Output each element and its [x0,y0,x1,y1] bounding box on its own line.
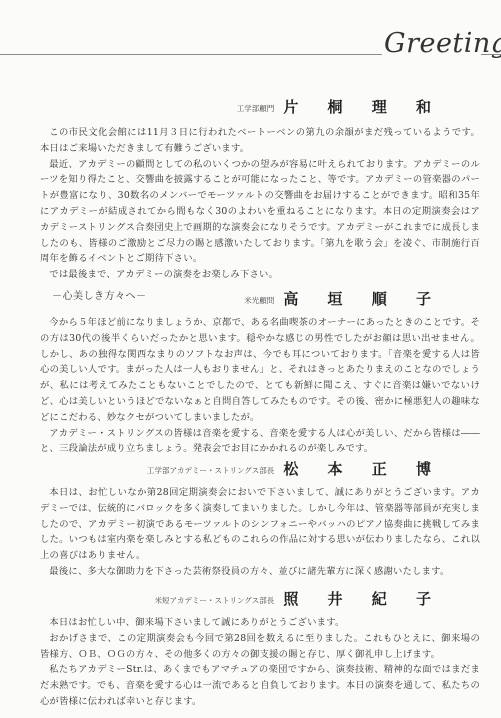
author-name: 照 井 紀 子 [283,590,443,608]
paragraph: 今から５年ほど前になりましょうか、京都で、ある名曲喫茶のオーナーにあったときのこ… [40,315,480,426]
paragraph: おかげさまで、この定期演奏会も今回で第28回を数えるに至りました。これもひとえに… [40,631,480,663]
header-rule-right [481,54,501,55]
greeting-section-3: 工学部アカデミー・ストリングス部長 松 本 正 博 本日は、お忙しいなか第28回… [40,458,480,580]
paragraph: 本日は、お忙しいなか第28回定期演奏会においで下さいまして、誠にありがとうござい… [40,485,480,564]
paragraph: 本日はお忙しい中、御来場下さいまして誠にありがとうございます。 [40,615,480,631]
author-role: 工学部顧門 [237,104,275,113]
author-name: 片 桐 理 和 [283,98,443,116]
author-role: 工学部アカデミー・ストリングス部長 [147,466,274,475]
paragraph: 最近、アカデミーの顧問としての私のいくつかの望みが容易に叶えられております。アカ… [40,157,480,268]
greeting-section-2: 米光顧問 高 垣 順 子 今から５年ほど前になりましょうか、京都で、ある名曲喫茶… [40,288,480,457]
paragraph: この市民文化会館には11月３日に行われたベートーベンの第九の余韻がまだ残っている… [40,125,480,157]
paragraph: では最後まで、アカデミーの演奏をお楽しみ下さい。 [40,267,480,283]
author-role: 米光顧問 [244,296,274,305]
byline: 工学部顧門 片 桐 理 和 [40,96,480,117]
byline: 米光顧問 高 垣 順 子 [40,288,480,309]
greeting-section-1: 工学部顧門 片 桐 理 和 この市民文化会館には11月３日に行われたベートーベン… [40,96,480,283]
paragraph: 私たちアカデミーStr.は、あくまでもアマチュアの楽団ですから、演奏技術、精神的… [40,662,480,709]
byline: 工学部アカデミー・ストリングス部長 松 本 正 博 [40,458,480,479]
paragraph: アカデミー・ストリングスの皆様は音楽を愛する、音楽を愛する人は心が美しい、だから… [40,426,480,458]
author-role: 米短アカデミー・ストリングス部長 [155,596,275,605]
byline: 米短アカデミー・ストリングス部長 照 井 紀 子 [40,588,480,609]
page-header: Greetings [0,36,501,76]
author-name: 高 垣 順 子 [283,290,443,308]
greeting-section-4: 米短アカデミー・ストリングス部長 照 井 紀 子 本日はお忙しい中、御来場下さい… [40,588,480,710]
author-name: 松 本 正 博 [283,460,443,478]
paragraph: 最後に、多大な御助力を下さった芸術祭役員の方々、並びに諸先輩方に深く感謝いたしま… [40,564,480,580]
header-rule-left [0,54,382,55]
